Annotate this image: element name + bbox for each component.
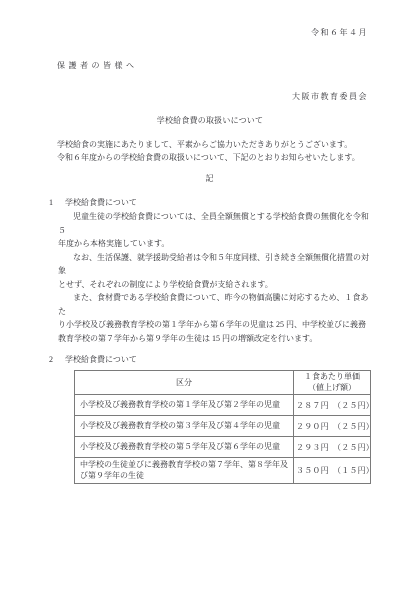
- intro-line: 学校給食の実施にあたりまして、平素からご協力いただきありがとうございます。: [49, 138, 371, 151]
- document-page: 令和６年４月 保護者の皆様へ 大阪市教育委員会 学校給食費の取扱いについて 学校…: [0, 0, 420, 595]
- intro-line: 令和６年度からの学校給食費の取扱いについて、下記のとおりお知らせいたします。: [49, 151, 371, 164]
- table-header-row: 区分 １食あたり単価 （値上げ額）: [75, 371, 371, 395]
- body-line: また、食材費である学校給食費について、昨今の物価高騰に対応するため、１食あた: [58, 291, 371, 318]
- document-title: 学校給食費の取扱いについて: [0, 115, 420, 126]
- section1-heading-text: 学校給食費について: [65, 198, 137, 207]
- row-category: 小学校及び義務教育学校の第５学年及び第６学年の児童: [75, 437, 294, 458]
- sender-organization: 大阪市教育委員会: [0, 91, 420, 102]
- section2-number: 2: [49, 354, 65, 365]
- recipient-line: 保護者の皆様へ: [57, 60, 420, 71]
- row-category: 中学校の生徒並びに義務教育学校の第７学年、第８学年及び第９学年の生徒: [75, 458, 294, 484]
- table-row: 小学校及び義務教育学校の第１学年及び第２学年の児童 ２８７円 （２５円）: [75, 395, 371, 416]
- section2-heading-text: 学校給食費について: [65, 355, 137, 364]
- column-header-unit-price-line2: （値上げ額）: [294, 383, 370, 394]
- body-line: 教育学校の第７学年から第９学年の生徒は 15 円の増額改定を行います。: [58, 332, 371, 346]
- table-row: 小学校及び義務教育学校の第５学年及び第６学年の児童 ２９３円 （２５円）: [75, 437, 371, 458]
- lunch-fee-table: 区分 １食あたり単価 （値上げ額） 小学校及び義務教育学校の第１学年及び第２学年…: [74, 370, 371, 484]
- record-marker: 記: [0, 173, 420, 184]
- row-price: ２８７円 （２５円）: [294, 395, 371, 416]
- body-line: り小学校及び義務教育学校の第１学年から第６学年の児童は 25 円、中学校並びに義…: [58, 318, 371, 332]
- body-line: とせず、それぞれの制度により学校給食費が支給されます。: [58, 278, 371, 292]
- table-row: 中学校の生徒並びに義務教育学校の第７学年、第８学年及び第９学年の生徒 ３５０円 …: [75, 458, 371, 484]
- row-category: 小学校及び義務教育学校の第３学年及び第４学年の児童: [75, 416, 294, 437]
- row-category: 小学校及び義務教育学校の第１学年及び第２学年の児童: [75, 395, 294, 416]
- section1-number: 1: [49, 197, 65, 208]
- column-header-unit-price-line1: １食あたり単価: [294, 372, 370, 383]
- row-price: ２９３円 （２５円）: [294, 437, 371, 458]
- column-header-category: 区分: [75, 371, 294, 395]
- section1-heading: 1学校給食費について: [49, 197, 420, 208]
- intro-paragraphs: 学校給食の実施にあたりまして、平素からご協力いただきありがとうございます。 令和…: [49, 138, 371, 164]
- body-line: なお、生活保護、就学援助受給者は令和５年度同様、引き続き全額無償化措置の対象: [58, 251, 371, 278]
- column-header-unit-price: １食あたり単価 （値上げ額）: [294, 371, 371, 395]
- body-line: 児童生徒の学校給食費については、全員全額無償とする学校給食費の無償化を令和５: [58, 210, 371, 237]
- row-price: ２９０円 （２５円）: [294, 416, 371, 437]
- row-price: ３５０円 （１５円）: [294, 458, 371, 484]
- document-date: 令和６年４月: [0, 27, 420, 38]
- section2-heading: 2学校給食費について: [49, 354, 420, 365]
- table-row: 小学校及び義務教育学校の第３学年及び第４学年の児童 ２９０円 （２５円）: [75, 416, 371, 437]
- body-line: 年度から本格実施しています。: [58, 237, 371, 251]
- section1-body: 児童生徒の学校給食費については、全員全額無償とする学校給食費の無償化を令和５ 年…: [58, 210, 371, 345]
